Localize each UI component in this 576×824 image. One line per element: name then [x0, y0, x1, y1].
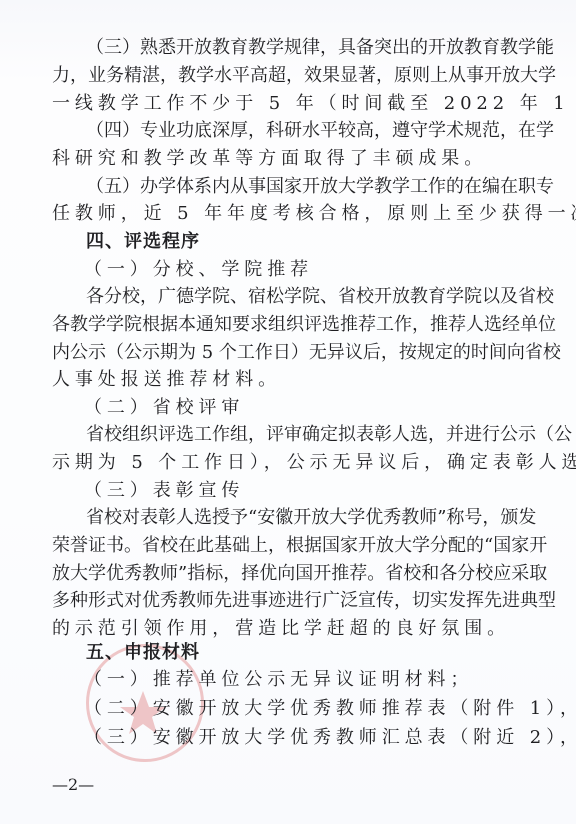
- list-item: （二）安徽开放大学优秀教师推荐表（附件 1），一式一份；: [84, 695, 560, 723]
- list-item: （一）推荐单位公示无异议证明材料；: [84, 666, 560, 694]
- paragraph-line: 放大学优秀教师”指标，择优向国开推荐。省校和各分校应采取: [52, 560, 528, 588]
- paragraph-line: 省校对表彰人选授予“安徽开放大学优秀教师”称号，颁发: [86, 504, 528, 532]
- paragraph-line: 任教师，近 5 年年度考核合格，原则上至少获得一次“优秀”。: [52, 200, 528, 228]
- paragraph-line: 人事处报送推荐材料。: [52, 366, 528, 394]
- paragraph-line: （四）专业功底深厚，科研水平较高，遵守学术规范，在学: [86, 117, 528, 145]
- paragraph-line: 内公示（公示期为 5 个工作日）无异议后，按规定的时间向省校: [52, 339, 528, 367]
- paragraph-line: 各教学学院根据本通知要求组织评选推荐工作，推荐人选经单位: [52, 311, 528, 339]
- paragraph-line: 省校组织评选工作组，评审确定拟表彰人选，并进行公示（公: [86, 421, 528, 449]
- page-number: —2—: [52, 772, 94, 798]
- paragraph-line: 力，业务精湛，教学水平高超，效果显著，原则上从事开放大学: [52, 62, 528, 90]
- section-heading: 五、申报材料: [86, 639, 562, 667]
- subsection-heading: （一）分校、学院推荐: [84, 256, 560, 284]
- subsection-heading: （三）表彰宣传: [84, 477, 560, 505]
- paragraph-line: 各分校，广德学院、宿松学院、省校开放教育学院以及省校: [86, 283, 528, 311]
- paragraph-line: （五）办学体系内从事国家开放大学教学工作的在编在职专: [86, 173, 528, 201]
- paragraph-line: 荣誉证书。省校在此基础上，根据国家开放大学分配的“国家开: [52, 532, 528, 560]
- paragraph-line: 一线教学工作不少于 5 年（时间截至 2022 年 1 月 1 日）。: [52, 90, 528, 118]
- paragraph-line: 多种形式对优秀教师先进事迹进行广泛宣传，切实发挥先进典型: [52, 587, 528, 615]
- paragraph-line: 科研究和教学改革等方面取得了丰硕成果。: [52, 145, 528, 173]
- subsection-heading: （二）省校评审: [84, 394, 560, 422]
- section-heading: 四、评选程序: [86, 228, 562, 256]
- paragraph-line: （三）熟悉开放教育教学规律，具备突出的开放教育教学能: [86, 34, 528, 62]
- paragraph-line: 示期为 5 个工作日），公示无异议后，确定表彰人选。: [52, 449, 528, 477]
- document-page: （三）熟悉开放教育教学规律，具备突出的开放教育教学能 力，业务精湛，教学水平高超…: [0, 0, 576, 824]
- list-item: （三）安徽开放大学优秀教师汇总表（附近 2），一式一份；: [84, 724, 560, 752]
